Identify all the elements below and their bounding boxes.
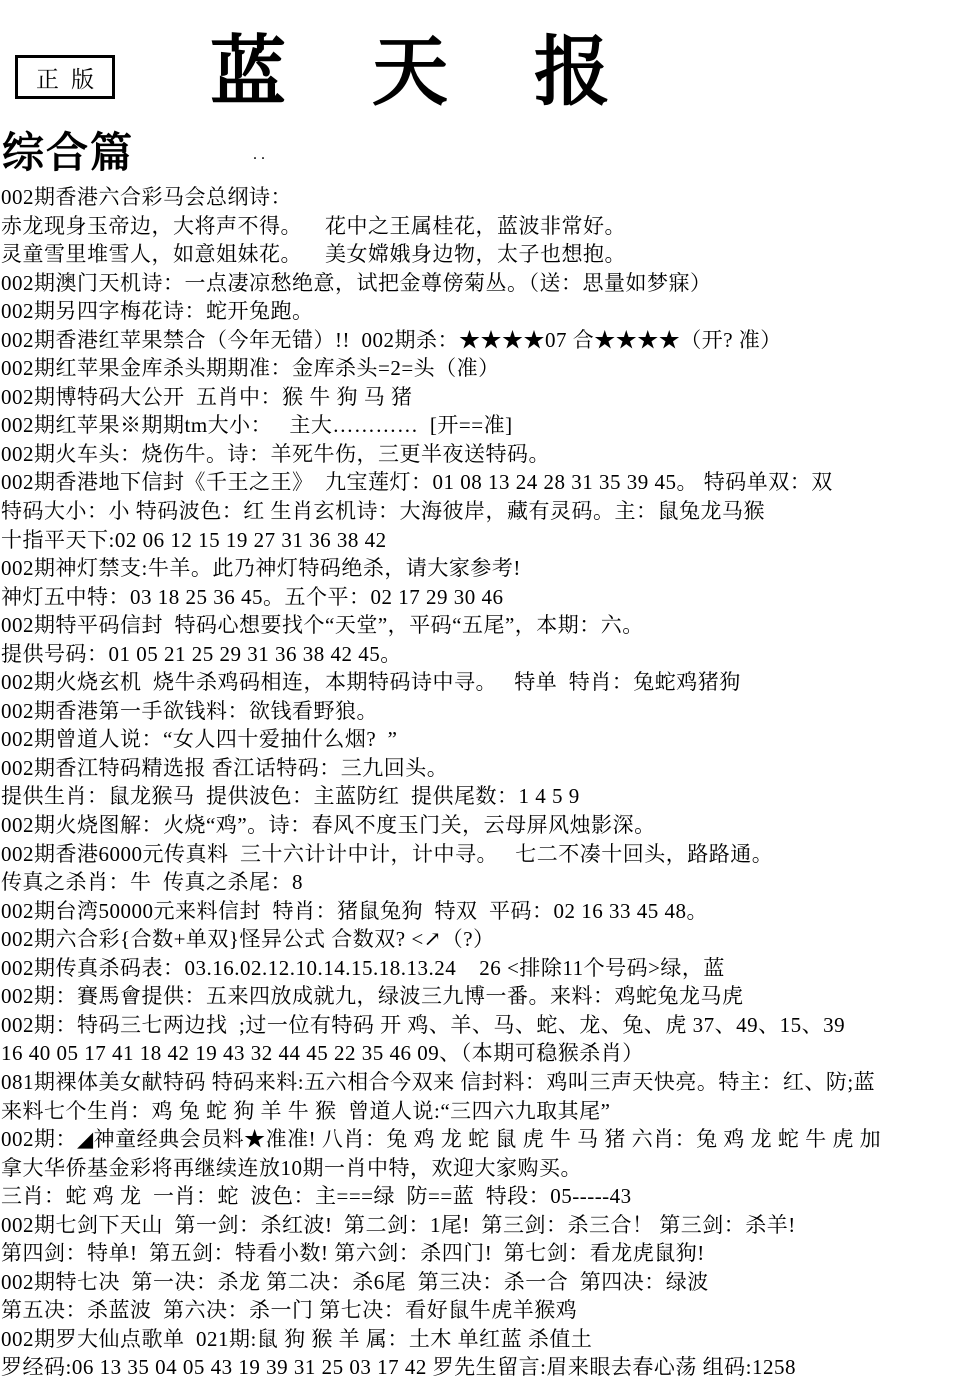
report-line-34: 002期：◢神童经典会员料★准准! 八肖：兔 鸡 龙 蛇 鼠 虎 牛 马 猪 六… xyxy=(1,1125,968,1154)
report-line-13: 十指平天下:02 06 12 15 19 27 31 36 38 42 xyxy=(1,526,968,555)
report-line-37: 002期七剑下天山 第一剑：杀红波! 第二剑：1尾! 第三剑：杀三合！ 第三剑：… xyxy=(1,1211,968,1240)
edition-badge: 正版 xyxy=(15,55,115,99)
report-line-24: 002期香港6000元传真料 三十六计计中计，计中寻。 七二不凑十回头，路路通。 xyxy=(1,840,968,869)
report-body: 002期香港六合彩马会总纲诗： 赤龙现身玉帝边，大将声不得。 花中之王属桂花，蓝… xyxy=(1,183,968,1382)
report-line-28: 002期传真杀码表：03.16.02.12.10.14.15.18.13.24 … xyxy=(1,954,968,983)
report-line-10: 002期火车头：烧伤牛。诗：羊死牛伤，三更半夜送特码。 xyxy=(1,440,968,469)
report-line-30: 002期：特码三七两边找 ;过一位有特码 开 鸡、羊、马、蛇、龙、兔、虎 37、… xyxy=(1,1011,968,1040)
report-line-16: 002期特平码信封 特码心想要找个“天堂”，平码“五尾”，本期：六。 xyxy=(1,611,968,640)
report-line-5: 002期另四字梅花诗：蛇开兔跑。 xyxy=(1,297,968,326)
report-line-18: 002期火烧玄机 烧牛杀鸡码相连，本期特码诗中寻。 特单 特肖：兔蛇鸡猪狗 xyxy=(1,668,968,697)
report-line-2: 赤龙现身玉帝边，大将声不得。 花中之王属桂花，蓝波非常好。 xyxy=(1,212,968,241)
report-line-25: 传真之杀肖：牛 传真之杀尾：8 xyxy=(1,868,968,897)
report-line-33: 来料七个生肖：鸡 兔 蛇 狗 羊 牛 猴 曾道人说:“三四六九取其尾” xyxy=(1,1097,968,1126)
report-line-20: 002期曾道人说：“女人四十爱抽什么烟? ” xyxy=(1,725,968,754)
report-line-29: 002期：賽馬會提供：五来四放成就九，绿波三九博一番。来料：鸡蛇兔龙马虎 xyxy=(1,982,968,1011)
section-heading: 综合篇 xyxy=(2,120,134,180)
report-line-32: 081期裸体美女献特码 特码来料:五六相合今双来 信封料：鸡叫三声天快亮。特主：… xyxy=(1,1068,968,1097)
report-line-6: 002期香港红苹果禁合（今年无错）!! 002期杀：★★★★07 合★★★★（开… xyxy=(1,326,968,355)
report-line-8: 002期博特码大公开 五肖中：猴 牛 狗 马 猪 xyxy=(1,383,968,412)
page-title: 蓝天报 xyxy=(210,28,696,119)
report-page: { "header": { "badge": "正版", "title": "蓝… xyxy=(0,0,968,1388)
report-line-22: 提供生肖：鼠龙猴马 提供波色：主蓝防红 提供尾数：1 4 5 9 xyxy=(1,782,968,811)
report-line-15: 神灯五中特：03 18 25 36 45。五个平：02 17 29 30 46 xyxy=(1,583,968,612)
report-line-35: 拿大华侨基金彩将再继续连放10期一肖中特，欢迎大家购买。 xyxy=(1,1154,968,1183)
report-line-3: 灵童雪里堆雪人，如意姐妹花。 美女嫦娥身边物，太子也想抱。 xyxy=(1,240,968,269)
report-line-42: 罗经码:06 13 35 04 05 43 19 39 31 25 03 17 … xyxy=(1,1353,968,1382)
section-heading-dots: .. xyxy=(253,146,269,164)
report-line-17: 提供号码：01 05 21 25 29 31 36 38 42 45。 xyxy=(1,640,968,669)
report-line-14: 002期神灯禁支:牛羊。此乃神灯特码绝杀，请大家参考! xyxy=(1,554,968,583)
report-line-1: 002期香港六合彩马会总纲诗： xyxy=(1,183,968,212)
report-line-7: 002期红苹果金库杀头期期准：金库杀头=2=头（准） xyxy=(1,354,968,383)
report-line-39: 002期特七决 第一决：杀龙 第二决：杀6尾 第三决：杀一合 第四决：绿波 xyxy=(1,1268,968,1297)
report-line-21: 002期香江特码精选报 香江话特码：三九回头。 xyxy=(1,754,968,783)
report-line-9: 002期红苹果※期期tm大小： 主大………… [开==准] xyxy=(1,411,968,440)
report-line-27: 002期六合彩{合数+单双}怪异公式 合数双? <↗（?） xyxy=(1,925,968,954)
report-line-12: 特码大小：小 特码波色：红 生肖玄机诗：大海彼岸，藏有灵码。主：鼠兔龙马猴 xyxy=(1,497,968,526)
report-line-41: 002期罗大仙点歌单 021期:鼠 狗 猴 羊 属：土木 单红蓝 杀值土 xyxy=(1,1325,968,1354)
report-line-36: 三肖：蛇 鸡 龙 一肖：蛇 波色：主===绿 防==蓝 特段：05-----43 xyxy=(1,1182,968,1211)
report-line-19: 002期香港第一手欲钱料：欲钱看野狼。 xyxy=(1,697,968,726)
report-line-31: 16 40 05 17 41 18 42 19 43 32 44 45 22 3… xyxy=(1,1039,968,1068)
report-line-38: 第四剑：特单! 第五剑：特看小数! 第六剑：杀四门! 第七剑：看龙虎鼠狗! xyxy=(1,1239,968,1268)
report-line-26: 002期台湾50000元来料信封 特肖：猪鼠兔狗 特双 平码：02 16 33 … xyxy=(1,897,968,926)
report-line-23: 002期火烧图解：火烧“鸡”。诗：春风不度玉门关，云母屏风烛影深。 xyxy=(1,811,968,840)
report-line-40: 第五决：杀蓝波 第六决：杀一门 第七决：看好鼠牛虎羊猴鸡 xyxy=(1,1296,968,1325)
report-line-4: 002期澳门天机诗：一点凄凉愁绝意，试把金尊傍菊丛。（送：思量如梦寐） xyxy=(1,269,968,298)
report-line-11: 002期香港地下信封《千王之王》 九宝莲灯：01 08 13 24 28 31 … xyxy=(1,468,968,497)
